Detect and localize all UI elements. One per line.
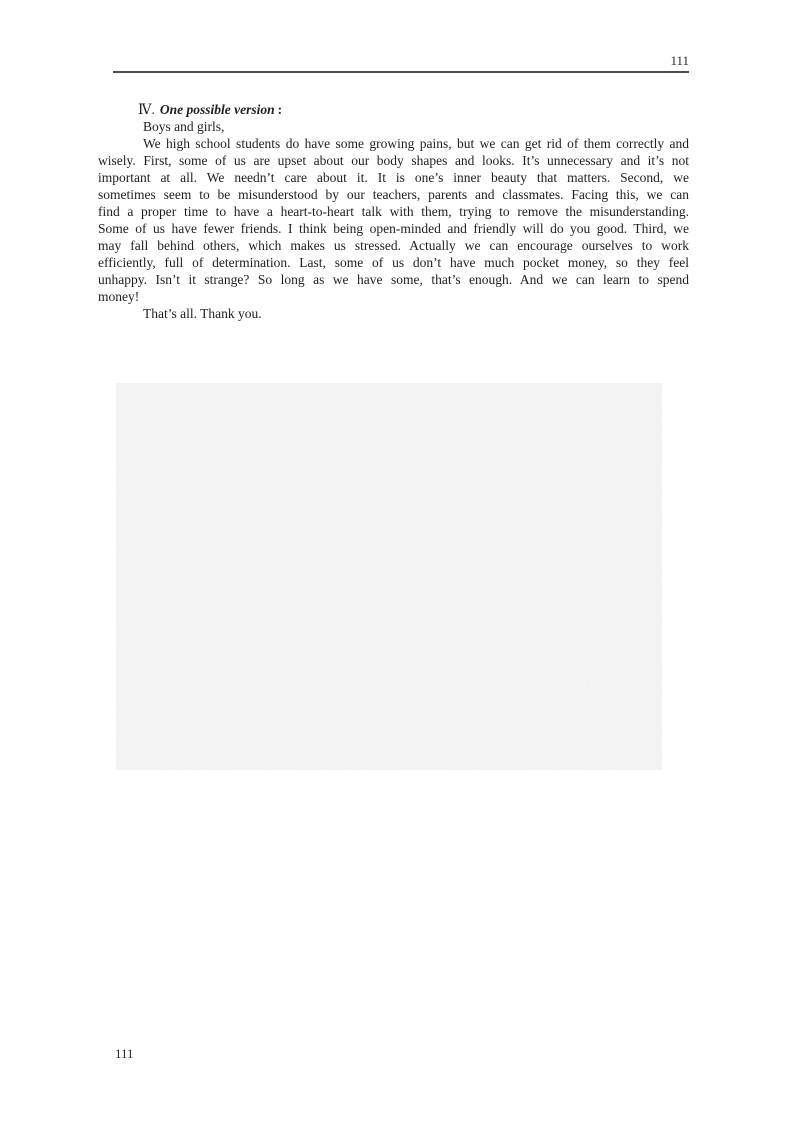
body-line: Some of us have fewer friends. I think b…: [98, 220, 689, 237]
document-page: 111 Ⅳ.One possible version: Boys and gir…: [0, 0, 800, 1132]
salutation-line: Boys and girls,: [98, 118, 689, 135]
body-line: money!: [98, 288, 689, 305]
essay-heading: Ⅳ.One possible version:: [98, 101, 689, 118]
scanned-blank-image: [116, 383, 662, 770]
heading-colon: :: [278, 102, 283, 117]
body-line: unhappy. Isn’t it strange? So long as we…: [98, 271, 689, 288]
body-line: wisely. First, some of us are upset abou…: [98, 152, 689, 169]
scan-noise-texture: [116, 383, 662, 770]
section-numeral-label: Ⅳ.: [138, 102, 155, 117]
body-line: find a proper time to have a heart-to-he…: [98, 203, 689, 220]
essay-content: Ⅳ.One possible version: Boys and girls, …: [98, 101, 689, 322]
body-line: may fall behind others, which makes us s…: [98, 237, 689, 254]
body-line: important at all. We needn’t care about …: [98, 169, 689, 186]
body-line: sometimes seem to be misunderstood by ou…: [98, 186, 689, 203]
body-line: We high school students do have some gro…: [98, 135, 689, 152]
body-line: efficiently, full of determination. Last…: [98, 254, 689, 271]
header-rule: [113, 71, 689, 73]
heading-title: One possible version: [160, 102, 275, 117]
footer-page-number: 111: [115, 1046, 134, 1061]
closing-line: That’s all. Thank you.: [98, 305, 689, 322]
header-page-number: 111: [670, 53, 689, 68]
